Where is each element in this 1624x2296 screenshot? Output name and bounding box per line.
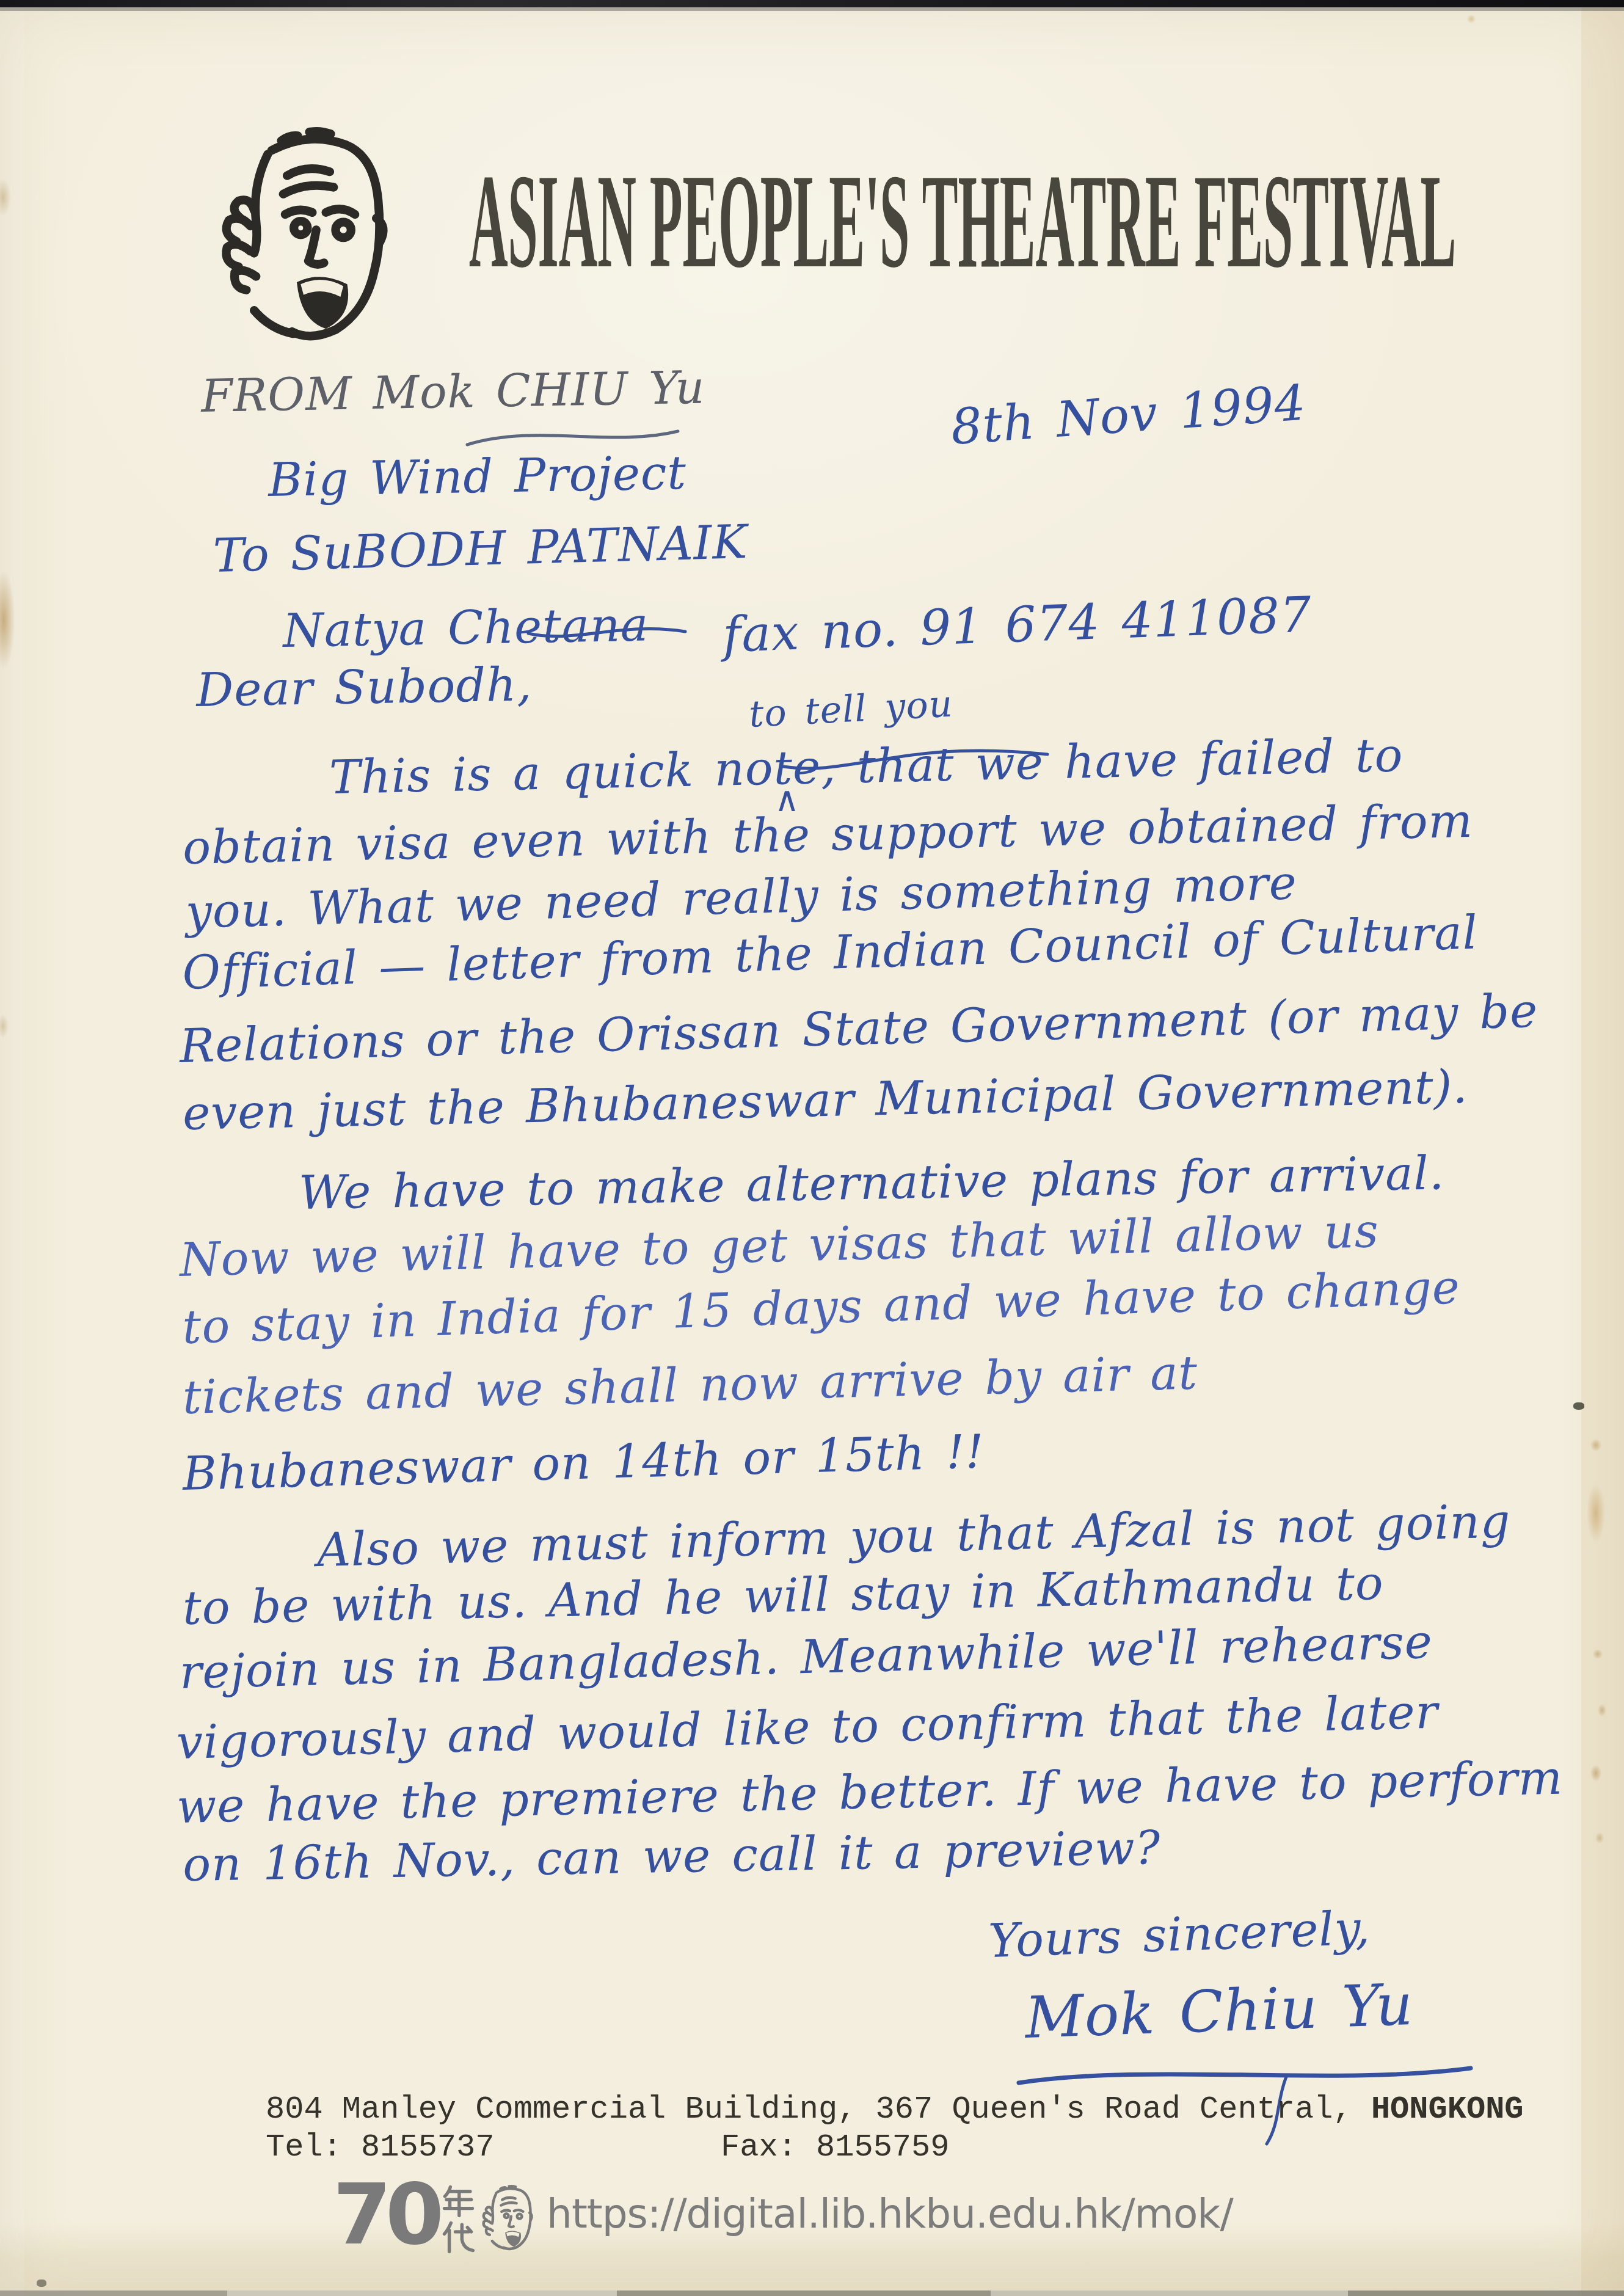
from-name: FROM Mok CHIU Yu (201, 365, 705, 419)
watermark: 70 年代 https://digital.lib.hkbu.edu.hk/mo… (333, 2182, 1233, 2255)
scan-edge-bottom (0, 2291, 1624, 2296)
scan-edge-top-shadow (0, 7, 1624, 11)
from-org: Big Wind Project (268, 450, 687, 503)
letter-line: even just the Bhubaneswar Municipal Gove… (182, 1063, 1468, 1137)
footer-address-text: 804 Manley Commercial Building, 367 Quee… (266, 2091, 1371, 2127)
watermark-face-icon (477, 2184, 541, 2253)
paper-stain (1587, 1484, 1605, 1542)
letter-line: tickets and we shall now arrive by air a… (182, 1349, 1198, 1421)
paper-stain (1598, 1704, 1606, 1716)
letter-date: 8th Nov 1994 (949, 379, 1308, 452)
scan-edge-top (0, 0, 1624, 7)
scanned-letter-page: ASIAN PEOPLE'S THEATRE FESTIVAL FROM Mok… (0, 0, 1624, 2296)
paper-stain (37, 2280, 46, 2287)
letter-line: Relations or the Orissan State Governmen… (179, 988, 1538, 1070)
screaming-face-logo-icon (202, 125, 415, 348)
recipient-name: To SuBODH PATNAIK (213, 519, 748, 579)
fax-number: fax no. 91 674 411087 (722, 590, 1313, 660)
footer-fax: Fax: 8155759 (721, 2130, 949, 2165)
footer-city: HONGKONG (1371, 2091, 1524, 2127)
closing: Yours sincerely, (988, 1904, 1371, 1964)
paper-stain (1595, 1832, 1604, 1843)
footer-address: 804 Manley Commercial Building, 367 Quee… (266, 2092, 1524, 2127)
paper-stain (0, 178, 11, 216)
letter-line: vigorously and would like to confirm tha… (176, 1689, 1438, 1766)
footer-tel: Tel: 8155737 (266, 2130, 494, 2165)
recipient-underline-icon (525, 618, 690, 650)
paper-stain (1573, 1402, 1584, 1410)
watermark-digits: 70 (333, 2173, 438, 2257)
signature-underline-icon (1014, 2060, 1478, 2093)
paper-stain (0, 1014, 9, 1038)
letterhead-title: ASIAN PEOPLE'S THEATRE FESTIVAL (469, 154, 1456, 288)
letter-line: Bhubaneswar on 14th or 15th !! (182, 1428, 985, 1497)
salutation: Dear Subodh, (196, 661, 533, 713)
paper-stain (1593, 1649, 1603, 1659)
watermark-url: https://digital.lib.hkbu.edu.hk/mok/ (547, 2190, 1233, 2237)
paper-stain (1590, 1439, 1601, 1451)
letter-line: This is a quick note, that we have faile… (329, 732, 1404, 801)
letter-line: we have the premiere the better. If we h… (176, 1754, 1563, 1830)
letter-line: on 16th Nov., can we call it a preview? (183, 1824, 1161, 1888)
watermark-cjk-icon (440, 2184, 476, 2253)
paper-stain (1467, 15, 1476, 23)
paper-stain (0, 571, 15, 669)
paper-stain (1590, 1765, 1601, 1781)
signature: Mok Chiu Yu (1024, 1977, 1415, 2047)
insertion-note: to tell you (748, 686, 954, 733)
